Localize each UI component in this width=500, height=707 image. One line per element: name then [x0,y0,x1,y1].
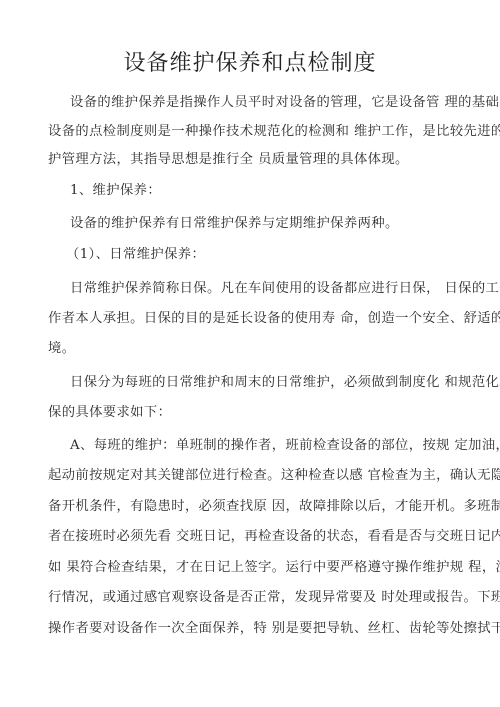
paragraph-line: 作者本人承担。日保的目的是延长设备的使用寿 命，创造一个安全、舒适的工作环 [48,311,464,327]
paragraph-line: 护管理方法，其指导思想是推行全 员质量管理的具体体现。 [48,152,464,168]
paragraph-line: 备开机条件，有隐患时，必须查找原 因，故障排除以后，才能开机。多班制的操作 [48,499,464,515]
paragraph-line: 境。 [48,341,464,357]
paragraph-line: 行情况，或通过感官观察设备是否正常，发现异常要及 时处理或报告。下班离岗前， [48,590,464,606]
subsection-heading: （1）、日常维护保养： [66,247,482,263]
paragraph-line: 操作者要对设备作一次全面保养，特 别是要把导轨、丝杠、齿轮等处擦拭干净，清 [48,621,464,637]
paragraph-line: 设备的维护保养是指操作人员平时对设备的管理，它是设备管 理的基础工作。 [70,95,464,111]
paragraph-line: 者在接班时必须先看 交班日记，再检查设备的状态，看看是否与交班日记内容相符， [48,529,464,545]
paragraph-line: 日保分为每班的日常维护和周末的日常维护，必须做到制度化 和规范化。对日 [70,375,464,391]
document-title: 设备维护保养和点检制度 [0,46,500,77]
section-heading: 1、维护保养： [70,183,464,199]
paragraph-line: 设备的维护保养有日常维护保养与定期维护保养两种。 [70,216,464,232]
paragraph-line: 起动前按规定对其关键部位进行检查。这种检查以感 官检查为主，确认无隐患才具 [48,468,464,484]
paragraph-line: 如 果符合检查结果，才在日记上签字。运行中要严格遵守操作维护规 程，注意运 [48,560,464,576]
paragraph-line: 保的具体要求如下： [48,405,464,421]
paragraph-line: 日常维护保养简称日保。凡在车间使用的设备都应进行日保， 日保的工作由操 [70,281,464,297]
paragraph-line: A、每班的维护：单班制的操作者，班前检查设备的部位，按规 定加油，设备 [70,438,464,454]
paragraph-line: 设备的点检制度则是一种操作技术规范化的检测和 维护工作，是比较先进的设备维 [48,124,464,140]
